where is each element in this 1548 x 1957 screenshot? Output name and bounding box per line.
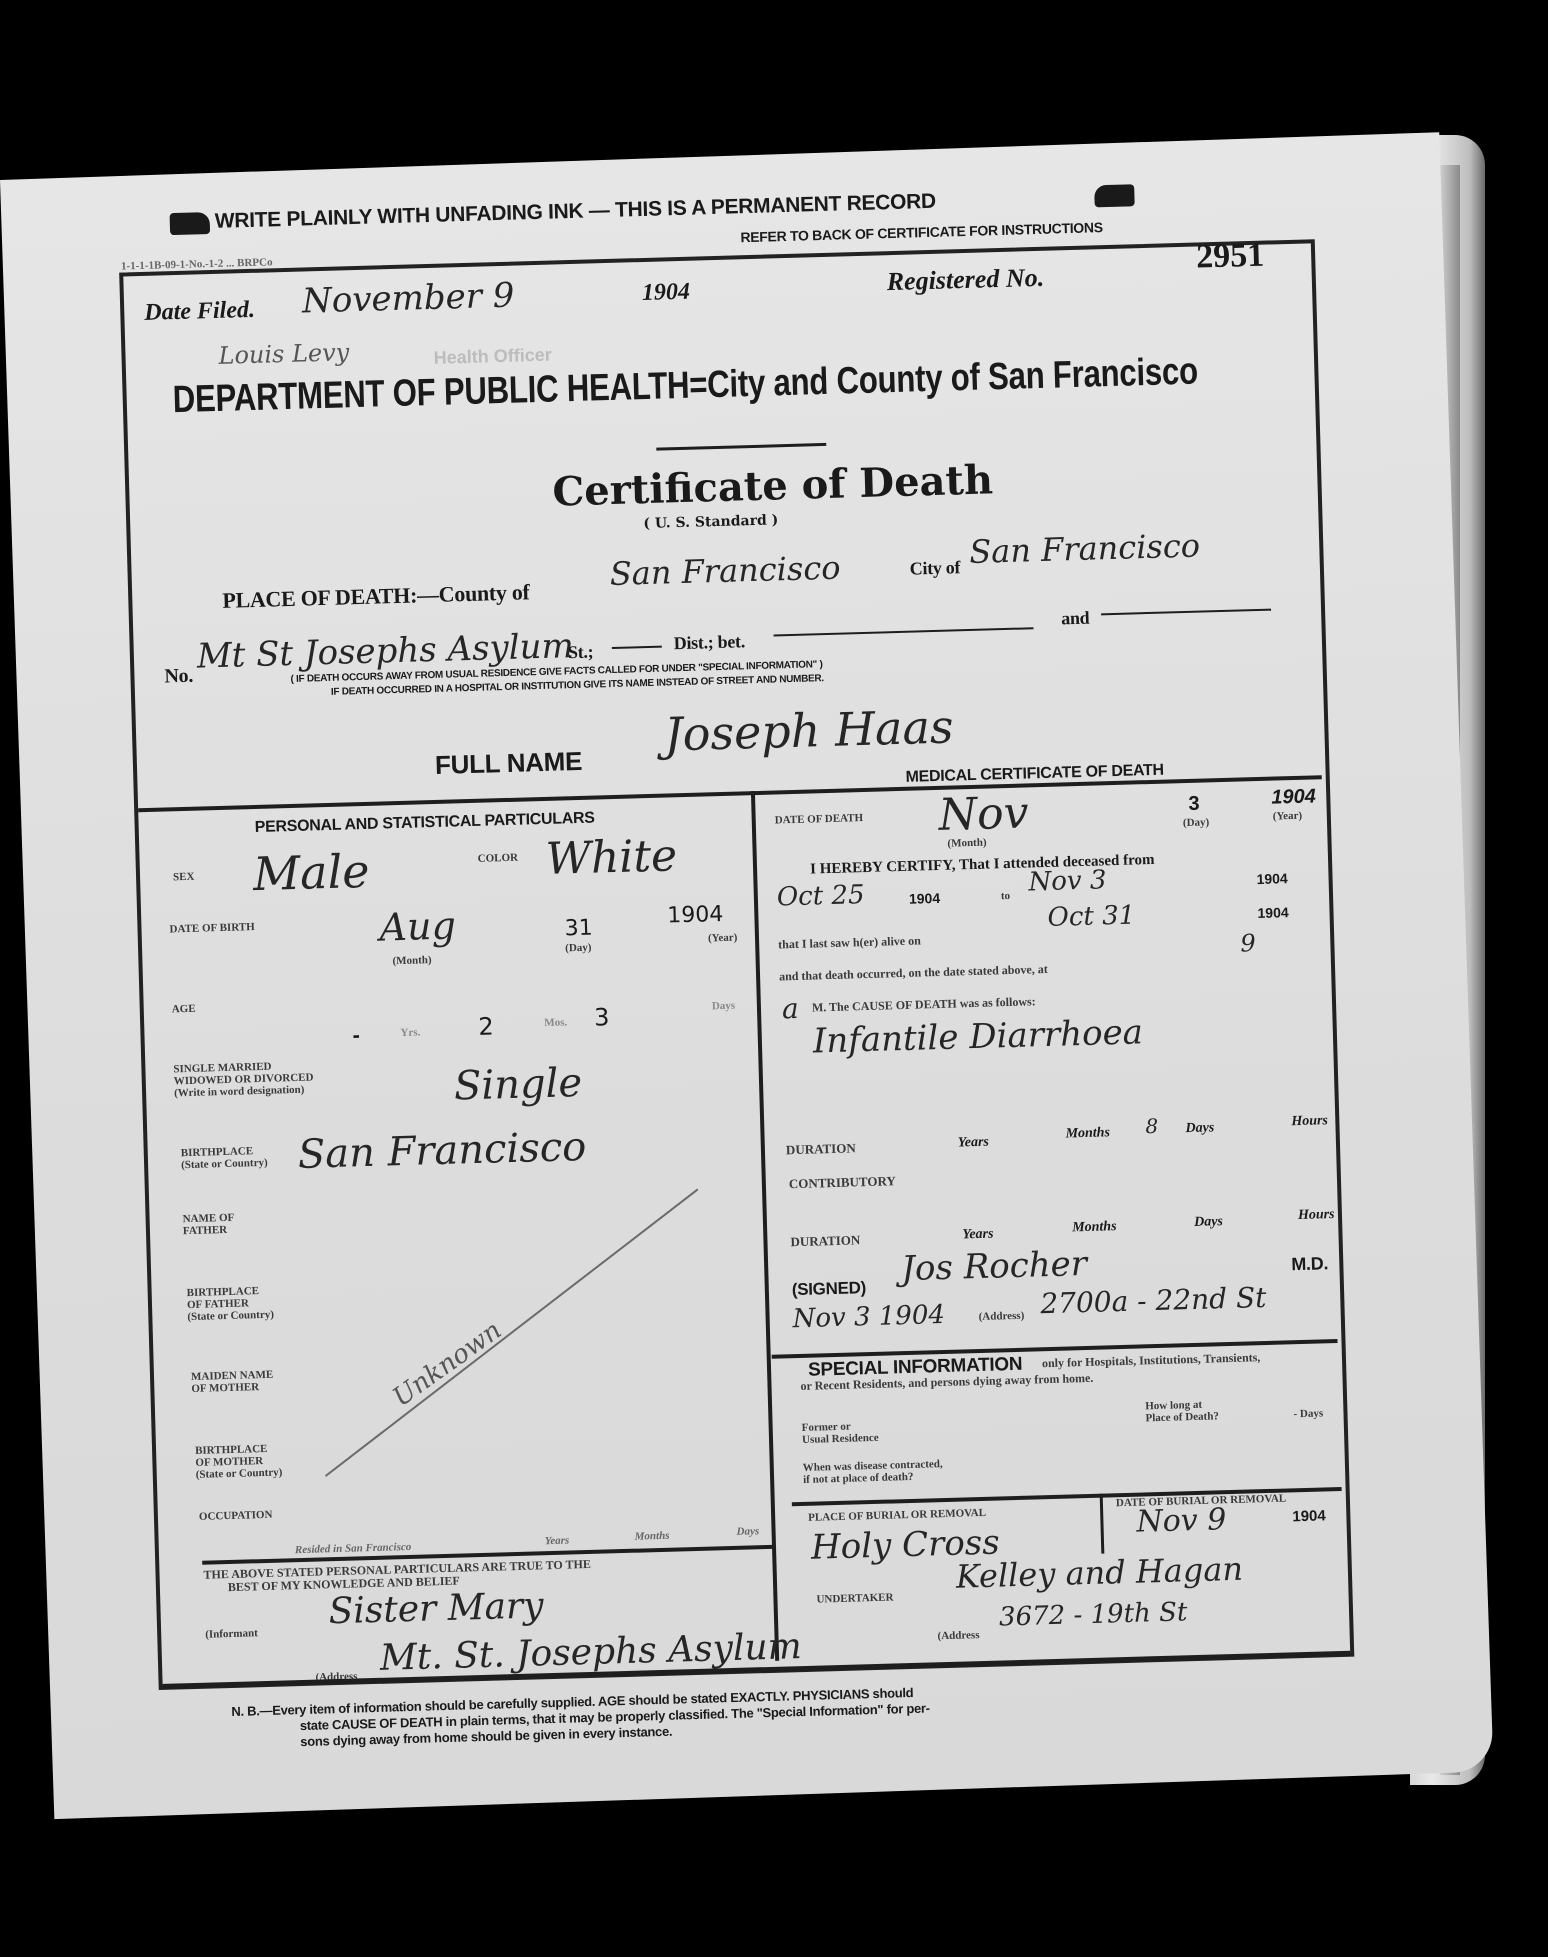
birthplace-value: San Francisco (297, 1124, 587, 1178)
attended-from-value: Oct 25 (776, 880, 864, 912)
age-days-value: 3 (594, 1003, 610, 1031)
full-name-value: Joseph Haas (664, 699, 955, 761)
burial-date-year: 1904 (1292, 1507, 1326, 1525)
color-value: White (545, 830, 678, 885)
duration-2-hours-label: Hours (1298, 1207, 1335, 1224)
attended-to-year: 1904 (1256, 870, 1288, 887)
informant-label: (Informant (205, 1627, 258, 1640)
registrar-signature: Louis Levy (218, 338, 349, 370)
date-of-death-label: DATE OF DEATH (775, 812, 864, 826)
age-months-label: Mos. (544, 1016, 567, 1029)
duration-2-label: DURATION (790, 1234, 860, 1248)
father-birthplace-label-3: (State or Country) (187, 1309, 274, 1323)
resided-months-label: Months (635, 1530, 670, 1543)
mother-birthplace-label-3: (State or Country) (196, 1467, 283, 1481)
refer-instructions-note: REFER TO BACK OF CERTIFICATE FOR INSTRUC… (740, 219, 1103, 245)
duration-years-label: Years (958, 1135, 990, 1152)
former-residence-label-2: Usual Residence (802, 1432, 879, 1446)
signed-date: Nov 3 1904 (792, 1300, 945, 1334)
dob-year-label: (Year) (708, 932, 738, 945)
dob-day-label: (Day) (565, 942, 592, 955)
registered-no-value: 2951 (1196, 237, 1265, 277)
age-months-value: 2 (478, 1012, 494, 1040)
marital-value: Single (453, 1060, 582, 1110)
signed-label: (SIGNED) (792, 1278, 867, 1300)
dob-day-value: 31 (564, 916, 593, 942)
duration-2-years-label: Years (962, 1227, 994, 1244)
physician-address-value: 2700a - 22nd St (1040, 1281, 1267, 1320)
certificate-frame (119, 239, 1354, 1690)
age-years-value: - (352, 1022, 360, 1048)
dod-day-label: (Day) (1183, 816, 1210, 829)
age-years-label: Yrs. (400, 1026, 420, 1039)
date-filed-value: November 9 (302, 276, 515, 322)
undertaker-label: UNDERTAKER (816, 1591, 893, 1605)
duration-months-label: Months (1065, 1125, 1110, 1142)
resided-years-label: Years (545, 1535, 570, 1548)
pointing-hand-icon (170, 212, 211, 235)
physician-signature: Jos Rocher (901, 1244, 1088, 1289)
city-value: San Francisco (969, 527, 1201, 571)
registered-no-label: Registered No. (886, 263, 1044, 297)
resided-days-label: Days (736, 1525, 759, 1538)
sex-label: SEX (173, 871, 195, 884)
birthplace-label-2: (State or Country) (181, 1157, 268, 1171)
duration-label: DURATION (786, 1142, 856, 1156)
undertaker-value: Kelley and Hagan (955, 1550, 1243, 1596)
dob-month-label: (Month) (392, 954, 431, 967)
to-label: to (1001, 890, 1011, 902)
duration-days-label: Days (1185, 1120, 1214, 1137)
county-value: San Francisco (609, 549, 841, 593)
duration-2-months-label: Months (1072, 1219, 1117, 1236)
date-filed-year: 1904 (642, 279, 691, 307)
certificate-content: WRITE PLAINLY WITH UNFADING INK — THIS I… (0, 0, 1548, 1957)
last-saw-year: 1904 (1257, 904, 1289, 921)
color-label: COLOR (478, 852, 519, 865)
dod-year-label: (Year) (1273, 810, 1303, 823)
street-label: St.; (568, 642, 594, 664)
father-name-label-2: FATHER (183, 1224, 228, 1237)
attended-to-value: Nov 3 (1028, 865, 1107, 897)
dod-year-value: 1904 (1271, 785, 1316, 809)
attended-from-year: 1904 (909, 890, 941, 907)
date-of-birth-label: DATE OF BIRTH (169, 921, 254, 935)
pointing-hand-icon (1094, 184, 1135, 207)
informant-value: Sister Mary (328, 1585, 544, 1632)
date-filed-label: Date Filed. (144, 297, 255, 327)
full-name-label: FULL NAME (435, 746, 583, 781)
physician-address-label: (Address) (979, 1310, 1025, 1323)
mother-name-label-2: OF MOTHER (191, 1381, 259, 1395)
duration-2-days-label: Days (1194, 1214, 1223, 1231)
how-long-label-2: Place of Death? (1145, 1410, 1219, 1424)
district-label: Dist.; bet. (673, 631, 745, 654)
last-saw-text: that I last saw h(er) alive on (778, 934, 921, 950)
last-saw-date: Oct 31 (1047, 900, 1135, 932)
dod-day-value: 3 (1188, 793, 1200, 816)
dod-month-label: (Month) (947, 837, 986, 850)
registrar-faded-label: Health Officer (433, 345, 552, 369)
occupation-label: OCCUPATION (199, 1509, 273, 1523)
city-label: City of (909, 557, 960, 579)
dob-month-value: Aug (379, 903, 456, 949)
md-label: M.D. (1291, 1253, 1328, 1275)
duration-hours-label: Hours (1291, 1113, 1328, 1130)
undertaker-address-label: (Address (937, 1629, 979, 1642)
street-no-label: No. (164, 665, 193, 689)
age-label: AGE (172, 1003, 196, 1016)
occurred-time: 9 (1240, 929, 1256, 957)
dob-year-value: 1904 (667, 902, 724, 929)
am-pm-value: a (782, 992, 800, 1025)
burial-date-value: Nov 9 (1136, 1502, 1227, 1539)
and-label: and (1061, 608, 1090, 630)
how-long-value: - Days (1293, 1407, 1323, 1420)
undertaker-address-value: 3672 - 19th St (999, 1597, 1188, 1632)
dod-month-value: Nov (938, 787, 1029, 840)
contributory-label: CONTRIBUTORY (789, 1175, 896, 1190)
age-days-label: Days (712, 1000, 736, 1013)
duration-months-value: 8 (1145, 1114, 1158, 1138)
sex-value: Male (252, 844, 370, 901)
